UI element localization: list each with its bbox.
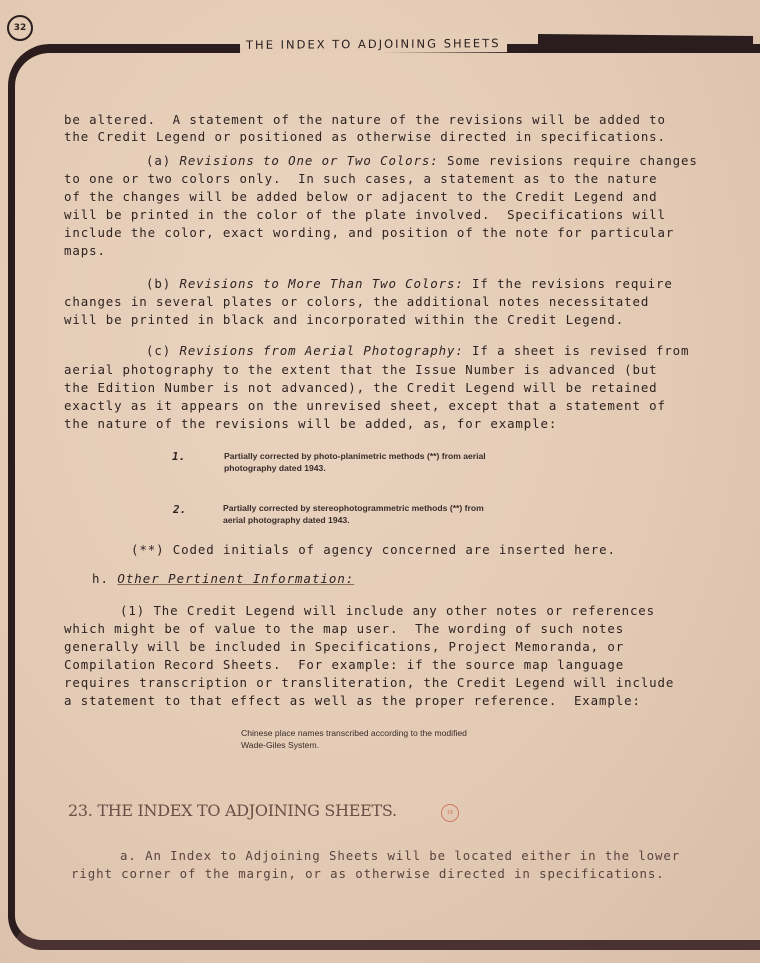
para-b-line: changes in several plates or colors, the…: [64, 293, 649, 311]
para-23a-line: right corner of the margin, or as otherw…: [71, 865, 665, 883]
para-h1-line: a statement to that effect as well as th…: [64, 692, 641, 710]
para-a-line: include the color, exact wording, and po…: [64, 224, 674, 242]
example-1-text: Partially corrected by photo-planimetric…: [224, 450, 486, 474]
para-a-line: maps.: [64, 242, 106, 260]
example-chinese-line-2: Wade-Giles System.: [241, 740, 319, 750]
para-b-label: (b): [146, 276, 179, 291]
para-a-line: of the changes will be added below or ad…: [64, 188, 658, 206]
para-c-line: the nature of the revisions will be adde…: [64, 415, 557, 433]
para-c-first-rest: If a sheet is revised from: [464, 343, 690, 358]
para-h1-line: Compilation Record Sheets. For example: …: [64, 656, 624, 674]
example-2-line-2: aerial photography dated 1943.: [223, 515, 350, 525]
para-a-first-rest: Some revisions require changes: [439, 153, 698, 168]
para-a-title: Revisions to One or Two Colors:: [179, 153, 438, 168]
section-23-mark: 16: [441, 804, 459, 822]
para-a-line: will be printed in the color of the plat…: [64, 206, 666, 224]
para-23a-line: a. An Index to Adjoining Sheets will be …: [64, 847, 680, 865]
section-h-title: Other Pertinent Information:: [117, 571, 354, 586]
para-23a-first: a. An Index to Adjoining Sheets will be …: [120, 848, 680, 863]
para-h1-line: requires transcription or transliteratio…: [64, 674, 674, 692]
para-b-first-rest: If the revisions require: [464, 276, 673, 291]
para-c-label: (c): [146, 343, 179, 358]
para-b-line: will be printed in black and incorporate…: [64, 311, 624, 329]
para-c-line: exactly as it appears on the unrevised s…: [64, 397, 666, 415]
example-2-line-1: Partially corrected by stereophotogramme…: [223, 503, 484, 513]
section-h-heading: h. Other Pertinent Information:: [92, 570, 354, 588]
para-c-line: aerial photography to the extent that th…: [64, 361, 658, 379]
page-number: 32: [7, 15, 33, 41]
para-c-line: the Edition Number is not advanced), the…: [64, 379, 658, 397]
para-a-line: to one or two colors only. In such cases…: [64, 170, 658, 188]
example-1-line-2: photography dated 1943.: [224, 463, 326, 473]
para-c-first-line: (c) Revisions from Aerial Photography: I…: [64, 342, 689, 360]
intro-line-2: the Credit Legend or positioned as other…: [64, 128, 666, 146]
para-h1-line: (1) The Credit Legend will include any o…: [64, 602, 655, 620]
intro-line-1: be altered. A statement of the nature of…: [64, 111, 666, 129]
para-a-first-line: (a) Revisions to One or Two Colors: Some…: [64, 152, 698, 170]
para-a-label: (a): [146, 153, 179, 168]
para-h1-line: generally will be included in Specificat…: [64, 638, 624, 656]
running-head: THE INDEX TO ADJOINING SHEETS: [240, 34, 507, 54]
para-c-title: Revisions from Aerial Photography:: [179, 343, 463, 358]
section-h-label: h.: [92, 571, 117, 586]
para-h1-line: which might be of value to the map user.…: [64, 620, 624, 638]
example-1-line-1: Partially corrected by photo-planimetric…: [224, 451, 486, 461]
para-b-first-line: (b) Revisions to More Than Two Colors: I…: [64, 275, 673, 293]
para-h1-first: (1) The Credit Legend will include any o…: [120, 603, 655, 618]
section-23-title: 23. THE INDEX TO ADJOINING SHEETS.: [68, 801, 397, 820]
para-b-title: Revisions to More Than Two Colors:: [179, 276, 463, 291]
example-chinese-line-1: Chinese place names transcribed accordin…: [241, 728, 467, 738]
footnote: (**) Coded initials of agency concerned …: [131, 541, 616, 559]
header-rule: [538, 34, 753, 47]
example-2-text: Partially corrected by stereophotogramme…: [223, 502, 484, 526]
example-2-number: 2.: [173, 503, 186, 516]
example-chinese: Chinese place names transcribed accordin…: [241, 727, 467, 751]
example-1-number: 1.: [172, 450, 185, 463]
